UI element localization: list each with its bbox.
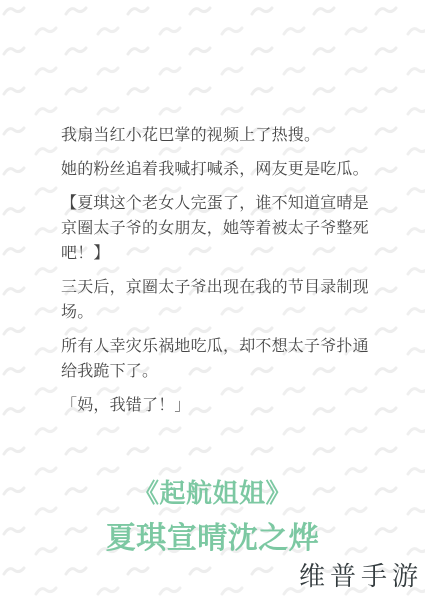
story-text-block: 我扇当红小花巴掌的视频上了热搜。 她的粉丝追着我喊打喊杀，网友更是吃瓜。 【夏琪…: [61, 123, 370, 427]
site-watermark: 维普手游网: [299, 561, 425, 591]
character-names: 夏琪宣晴沈之烨: [0, 522, 425, 556]
title-block: 《起航姐姐》 夏琪宣晴沈之烨: [0, 477, 425, 556]
book-title: 《起航姐姐》: [0, 477, 425, 509]
story-paragraph: 「妈，我错了！」: [61, 393, 370, 418]
page: 我扇当红小花巴掌的视频上了热搜。 她的粉丝追着我喊打喊杀，网友更是吃瓜。 【夏琪…: [0, 0, 425, 600]
story-paragraph: 所有人幸灾乐祸地吃瓜，却不想太子爷扑通给我跪下了。: [61, 334, 370, 384]
story-paragraph: 她的粉丝追着我喊打喊杀，网友更是吃瓜。: [61, 157, 370, 182]
story-paragraph: 我扇当红小花巴掌的视频上了热搜。: [61, 123, 370, 148]
story-paragraph: 三天后，京圈太子爷出现在我的节目录制现场。: [61, 275, 370, 325]
story-paragraph: 【夏琪这个老女人完蛋了，谁不知道宣晴是京圈太子爷的女朋友，她等着被太子爷整死吧！…: [61, 191, 370, 266]
